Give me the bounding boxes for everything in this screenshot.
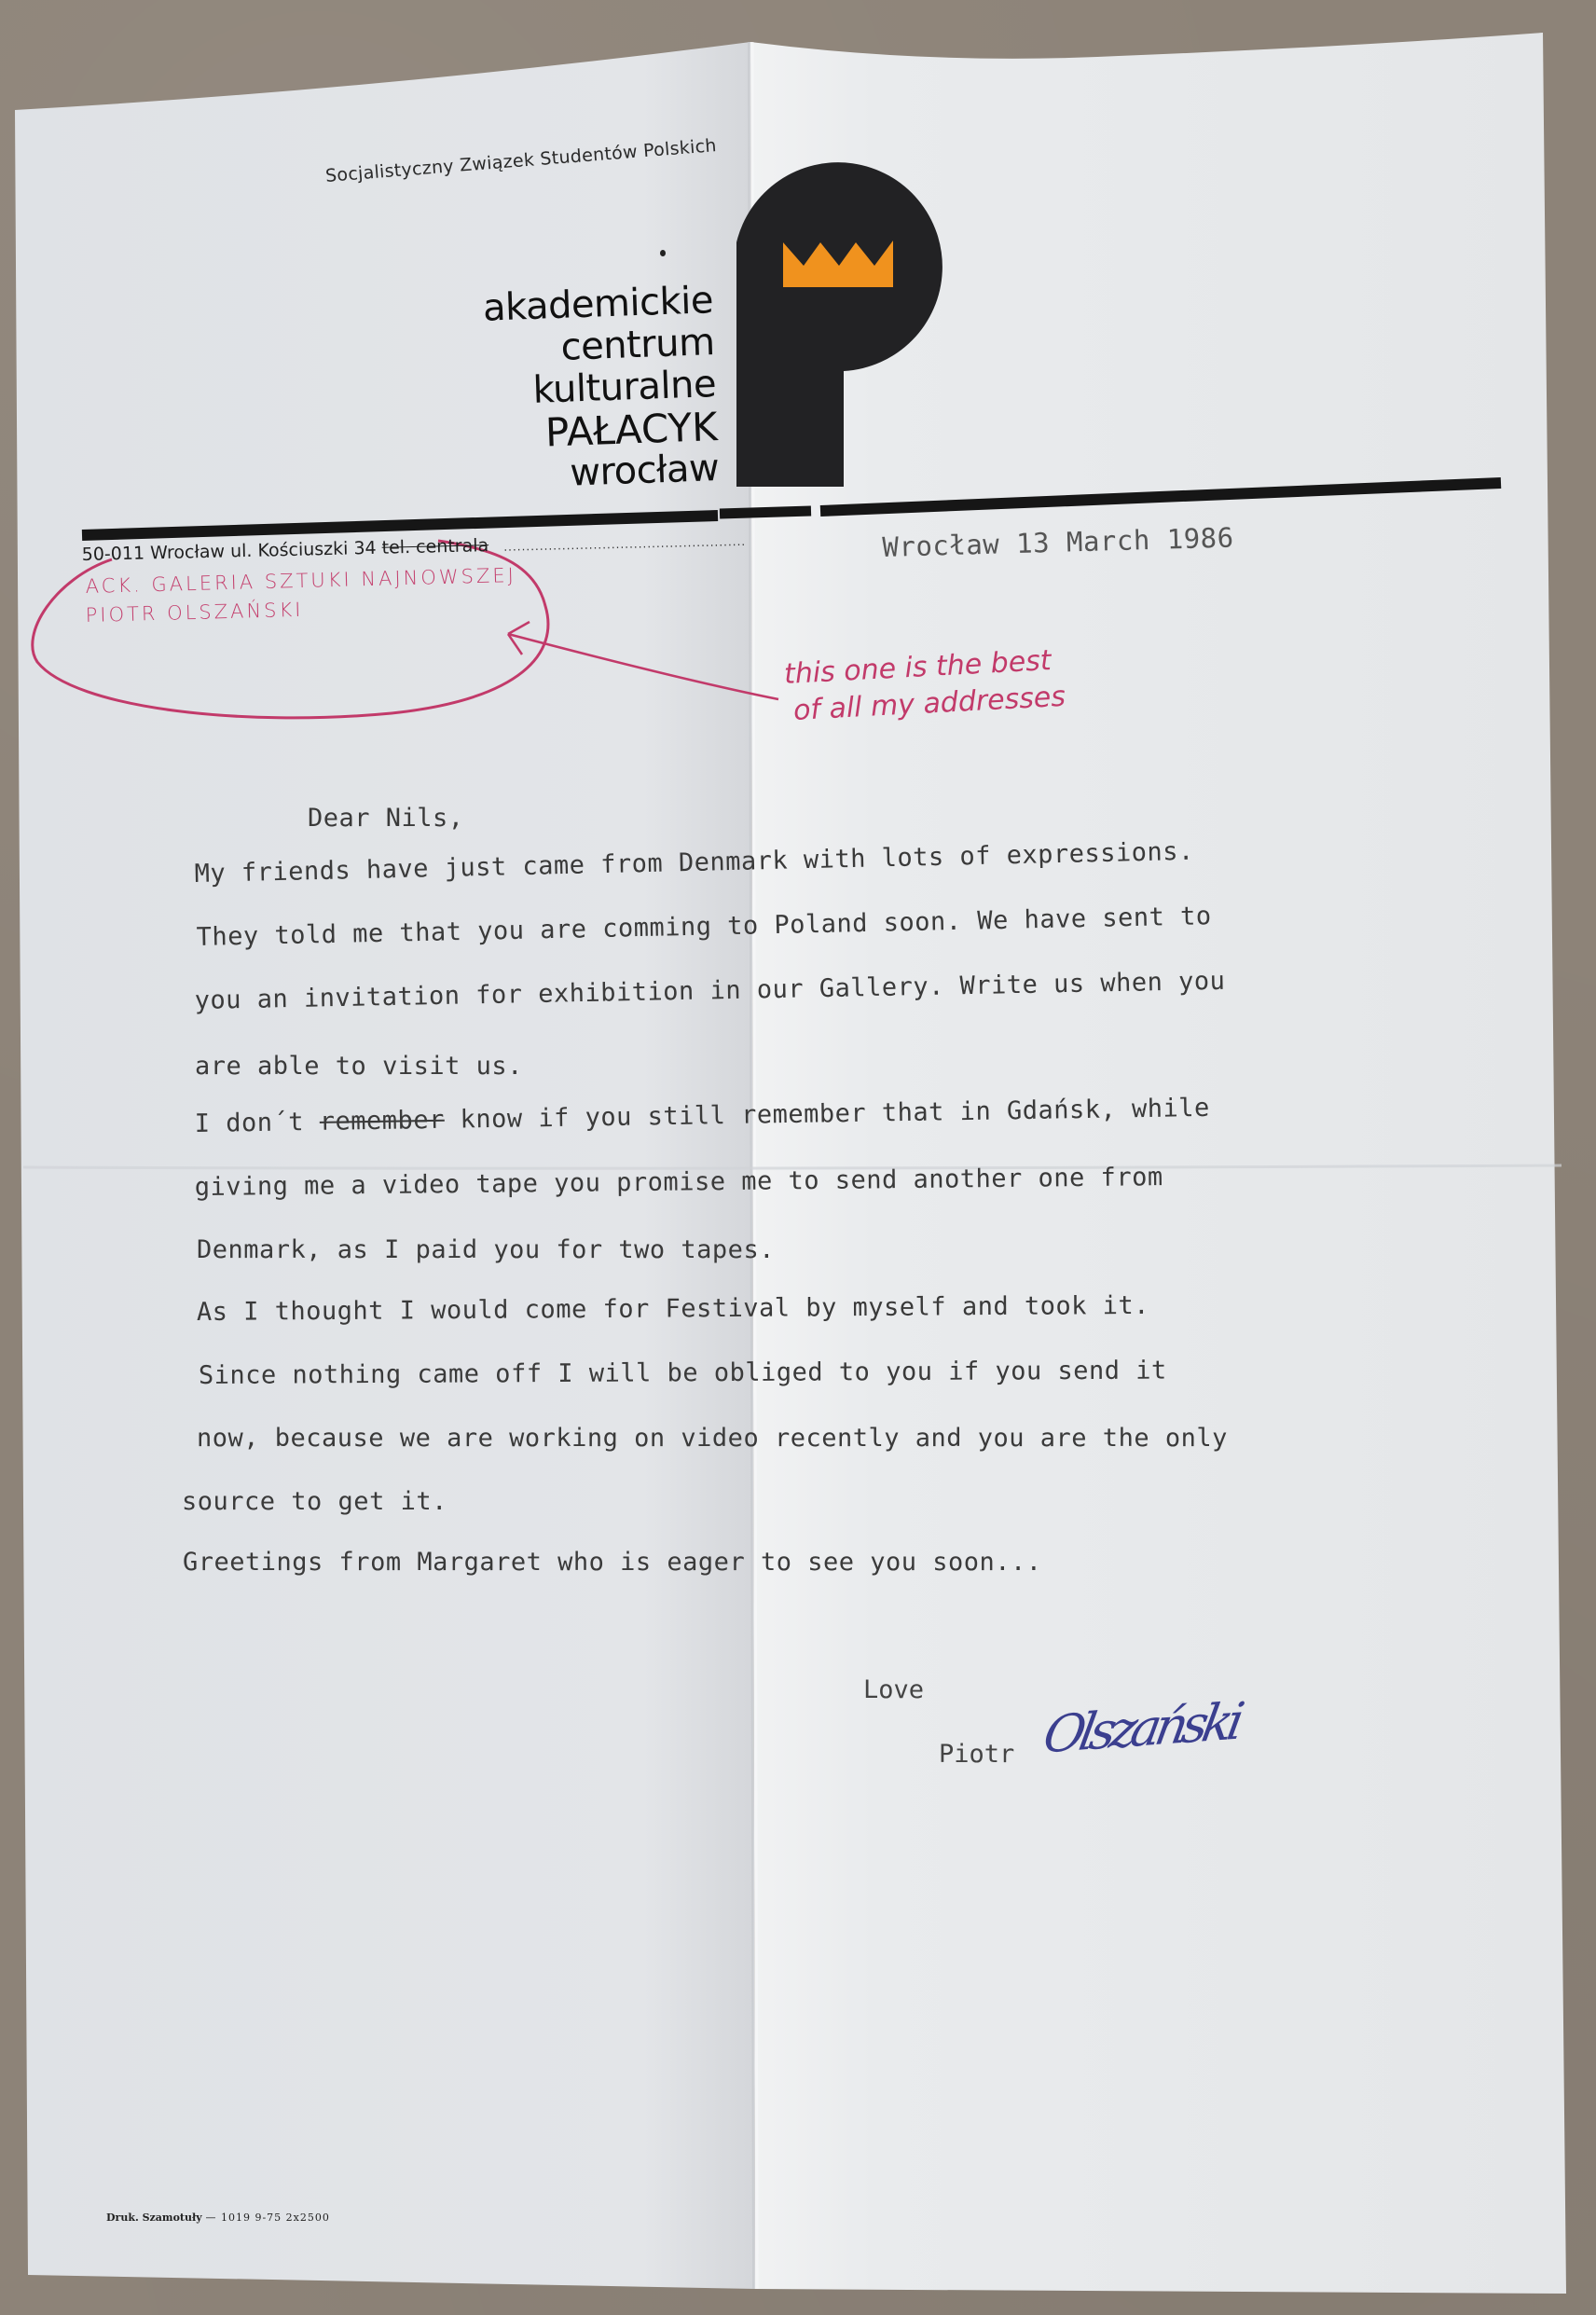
letter-sheet: Socjalistyczny Związek Studentów Polskic…	[0, 0, 1596, 2315]
bullet-dot	[660, 250, 666, 256]
line5-before: I don´t	[195, 1108, 321, 1138]
letter-line-10: now, because we are working on video rec…	[197, 1424, 1228, 1453]
letter-line-11: source to get it.	[182, 1487, 447, 1516]
signoff-name: Piotr	[939, 1740, 1014, 1769]
print-code: — 1019 9-75 2x2500	[205, 2212, 329, 2224]
logo-wordmark: akademickie centrum kulturalne PAŁACYK w…	[482, 280, 720, 497]
letter-line-4: are able to visit us.	[195, 1052, 523, 1081]
printer-label: Druk. Szamotuły	[106, 2212, 202, 2224]
closing: Love	[863, 1675, 924, 1704]
letter-line-12: Greetings from Margaret who is eager to …	[183, 1548, 1042, 1577]
paper-shape	[0, 0, 1596, 2315]
address-struck-phone: tel. centrala	[381, 535, 488, 558]
letter-line-7: Denmark, as I paid you for two tapes.	[197, 1235, 775, 1264]
line5-struck-word: remember	[320, 1106, 446, 1137]
printer-imprint: Druk. Szamotuły — 1019 9-75 2x2500	[106, 2212, 330, 2224]
letter-line-9: Since nothing came off I will be obliged…	[199, 1357, 1167, 1390]
salutation: Dear Nils,	[308, 804, 464, 833]
logo-line-5: wrocław	[488, 448, 720, 498]
